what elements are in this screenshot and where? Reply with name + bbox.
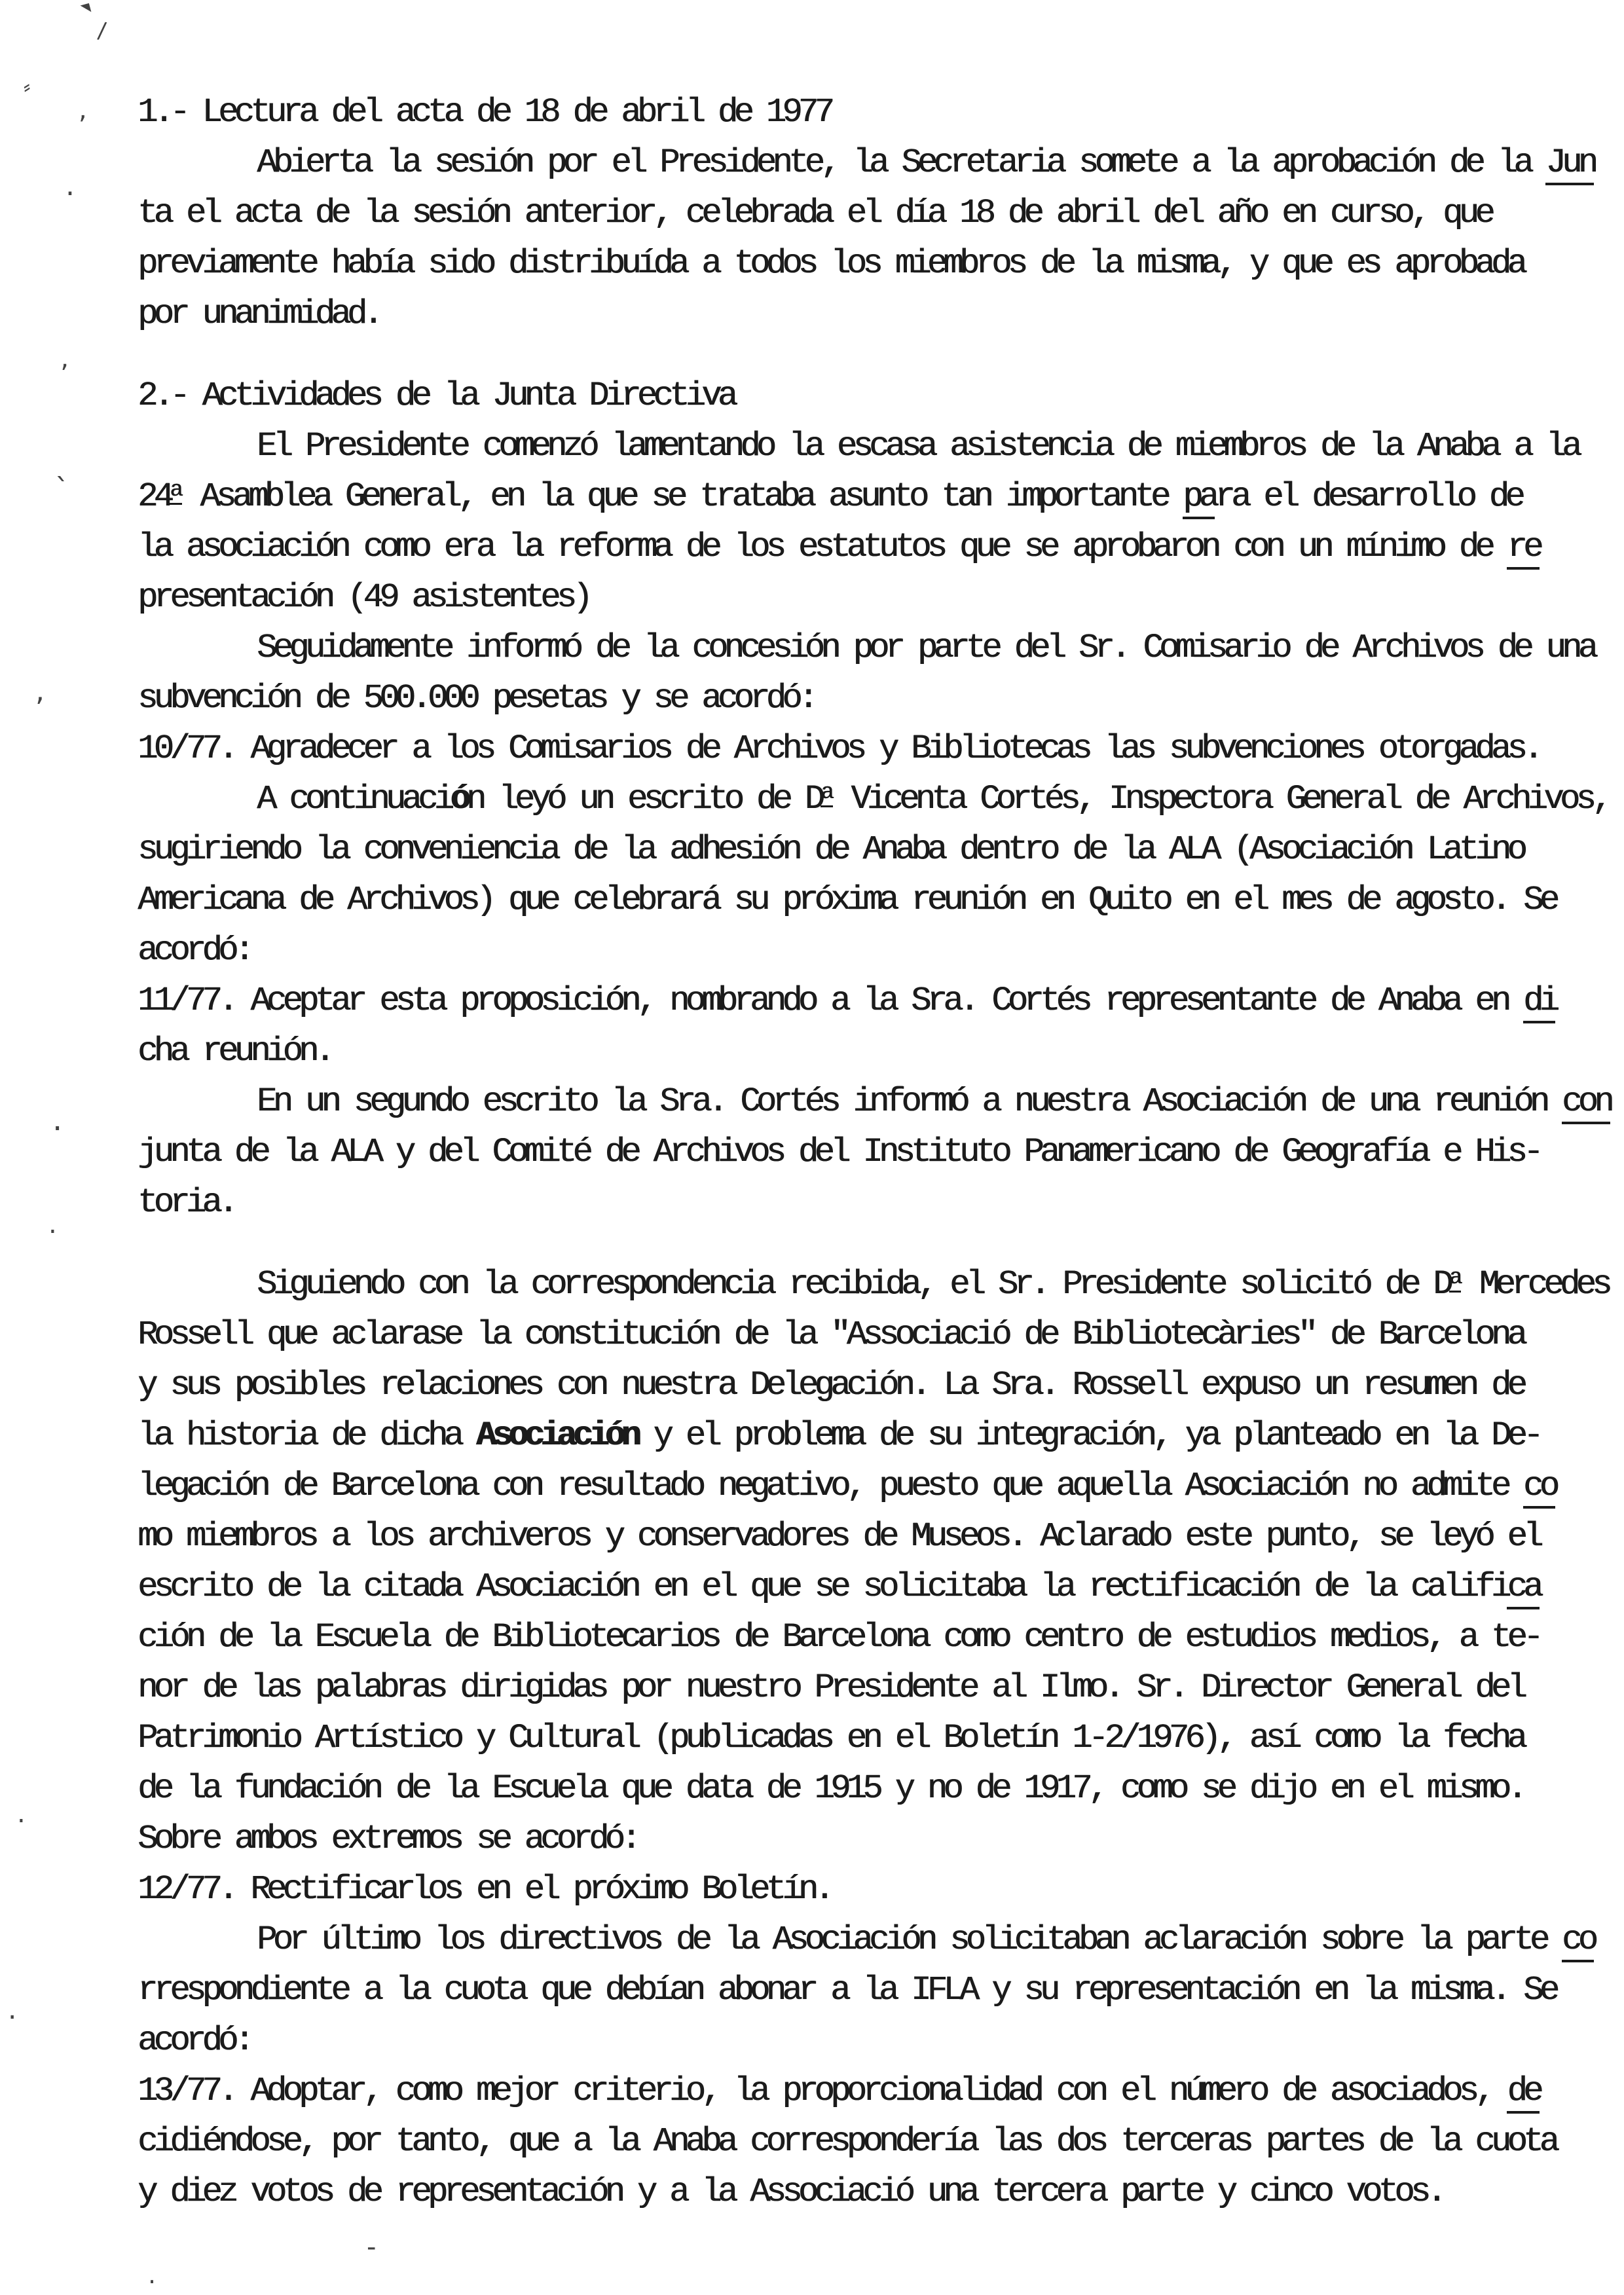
document-line: acordó: (138, 925, 1598, 976)
text-segment: ca (1507, 1568, 1539, 1609)
text-segment: Asociación (476, 1416, 637, 1455)
text-segment: re (1507, 528, 1539, 570)
text-segment: co (1523, 1467, 1555, 1509)
text-segment: la historia de dicha (138, 1416, 476, 1455)
document-line: subvención de 500.000 pesetas y se acord… (138, 673, 1598, 724)
document-line: legación de Barcelona con resultado nega… (138, 1461, 1598, 1511)
text-segment: A continuaci (257, 780, 450, 818)
document-line: y diez votos de representación y a la As… (138, 2167, 1598, 2217)
document-line: nor de las palabras dirigidas por nuestr… (138, 1662, 1598, 1713)
text-segment: Patrimonio Artístico y Cultural (publica… (138, 1719, 1523, 1757)
text-segment: de (1507, 2072, 1539, 2114)
document-line: de la fundación de la Escuela que data d… (138, 1763, 1598, 1814)
ink-mark: ∕ (97, 19, 107, 42)
document-line: previamente había sido distribuída a tod… (138, 238, 1598, 289)
text-segment: con (1562, 1082, 1610, 1124)
text-segment: legación de Barcelona con resultado nega… (138, 1467, 1523, 1505)
text-segment: Abierta la sesión por el Presidente, la … (257, 143, 1545, 182)
document-lines: 1.- Lectura del acta de 18 de abril de 1… (138, 87, 1598, 2217)
scanned-page: ◥∕⸗,.ʼˋ,·..·-. 1.- Lectura del acta de 1… (0, 0, 1624, 2295)
document-line: cha reunión. (138, 1026, 1598, 1076)
text-segment: toria. (138, 1183, 234, 1222)
document-line: junta de la ALA y del Comité de Archivos… (138, 1127, 1598, 1177)
document-line: Patrimonio Artístico y Cultural (publica… (138, 1713, 1598, 1763)
document-line: escrito de la citada Asociación en el qu… (138, 1562, 1598, 1612)
text-segment: Vicenta Cortés, Inspectora General de Ar… (835, 780, 1608, 818)
document-line: Siguiendo con la correspondencia recibid… (138, 1259, 1598, 1310)
document-line: 24a Asamblea General, en la que se trata… (138, 471, 1598, 522)
ink-mark: . (17, 1801, 26, 1827)
ink-mark: . (65, 172, 75, 200)
text-segment: Rossell que aclarase la constitución de … (138, 1315, 1523, 1354)
text-segment: mo miembros a los archiveros y conservad… (138, 1517, 1540, 1556)
document-line: El Presidente comenzó lamentando la esca… (138, 421, 1598, 471)
ink-mark: . (148, 2262, 156, 2287)
document-line: 12/77. Rectificarlos en el próximo Bolet… (138, 1864, 1598, 1915)
text-segment: Siguiendo con la correspondencia recibid… (257, 1265, 1449, 1304)
document-line: y sus posibles relaciones con nuestra De… (138, 1360, 1598, 1410)
text-segment: 10/77. Agradecer a los Comisarios de Arc… (138, 729, 1540, 768)
ink-mark: ⸗ (22, 77, 31, 97)
document-line: Por último los directivos de la Asociaci… (138, 1915, 1598, 1965)
ink-mark: ◥ (80, 2, 92, 16)
text-segment: Americana de Archivos) que celebrará su … (138, 881, 1555, 919)
text-segment: Por último los directivos de la Asociaci… (257, 1920, 1562, 1959)
text-segment: cidiéndose, por tanto, que a la Anaba co… (138, 2122, 1555, 2161)
text-segment: y diez votos de representación y a la As… (138, 2173, 1443, 2211)
document-line: 11/77. Aceptar esta proposición, nombran… (138, 976, 1598, 1026)
document-line: rrespondiente a la cuota que debían abon… (138, 1965, 1598, 2015)
ink-mark: · (52, 1113, 62, 1145)
text-segment: 13/77. Adoptar, como mejor criterio, la … (138, 2072, 1507, 2110)
text-segment: la asociación como era la reforma de los… (138, 528, 1507, 566)
ink-mark: · (8, 2004, 16, 2031)
text-segment: rrespondiente a la cuota que debían abon… (138, 1971, 1555, 2010)
document-line: Sobre ambos extremos se acordó: (138, 1814, 1598, 1864)
document-line: presentación (49 asistentes) (138, 572, 1598, 623)
document-line: sugiriendo la conveniencia de la adhesió… (138, 824, 1598, 875)
document-line: A continuación leyó un escrito de Da Vic… (138, 774, 1598, 824)
text-segment: Seguidamente informó de la concesión por… (257, 629, 1594, 667)
text-segment: Asamblea General, en la que se trataba a… (184, 477, 1183, 516)
text-segment: y el problema de su integración, ya plan… (637, 1416, 1540, 1455)
document-line: cidiéndose, por tanto, que a la Anaba co… (138, 2116, 1598, 2167)
text-segment: cha reunión. (138, 1032, 331, 1071)
text-segment: pa (1183, 477, 1215, 519)
ink-mark: , (79, 97, 87, 123)
text-segment: El Presidente comenzó lamentando la esca… (257, 427, 1578, 466)
document-line: Abierta la sesión por el Presidente, la … (138, 138, 1598, 188)
text-segment: a (170, 478, 181, 505)
text-segment: subvención de 500.000 pesetas y se acord… (138, 679, 814, 718)
document-line: la historia de dicha Asociación y el pro… (138, 1410, 1598, 1461)
document-line: 13/77. Adoptar, como mejor criterio, la … (138, 2066, 1598, 2116)
document-line: la asociación como era la reforma de los… (138, 522, 1598, 572)
text-segment: Sobre ambos extremos se acordó: (138, 1820, 637, 1858)
document-line: Americana de Archivos) que celebrará su … (138, 875, 1598, 925)
text-segment: ó (450, 780, 466, 818)
text-segment: presentación (49 asistentes) (138, 578, 589, 617)
document-line: En un segundo escrito la Sra. Cortés inf… (138, 1076, 1598, 1127)
text-segment: acordó: (138, 931, 250, 970)
text-segment: nor de las palabras dirigidas por nuestr… (138, 1668, 1523, 1707)
text-segment: ta el acta de la sesión anterior, celebr… (138, 194, 1491, 232)
text-segment: ra el desarrollo de (1215, 477, 1521, 516)
text-segment: previamente había sido distribuída a tod… (138, 244, 1523, 283)
document-line: Seguidamente informó de la concesión por… (138, 623, 1598, 673)
document-line: acordó: (138, 2015, 1598, 2066)
document-line: mo miembros a los archiveros y conservad… (138, 1511, 1598, 1562)
text-segment: a (1449, 1266, 1461, 1293)
text-segment: ción de la Escuela de Bibliotecarios de … (138, 1618, 1540, 1657)
document-line: Rossell que aclarase la constitución de … (138, 1310, 1598, 1360)
ink-mark: , (35, 677, 45, 706)
text-segment: 1.- Lectura del acta de 18 de abril de 1… (138, 93, 830, 132)
text-segment: escrito de la citada Asociación en el qu… (138, 1568, 1507, 1606)
text-segment: En un segundo escrito la Sra. Cortés inf… (257, 1082, 1562, 1121)
text-segment: 12/77. Rectificarlos en el próximo Bolet… (138, 1870, 830, 1909)
document-line: ta el acta de la sesión anterior, celebr… (138, 188, 1598, 238)
text-segment: co (1562, 1920, 1594, 1962)
text-segment: por unanimidad. (138, 295, 379, 333)
text-segment: sugiriendo la conveniencia de la adhesió… (138, 830, 1523, 869)
text-segment: de la fundación de la Escuela que data d… (138, 1769, 1523, 1808)
text-segment: di (1523, 982, 1555, 1023)
text-segment: y sus posibles relaciones con nuestra De… (138, 1366, 1523, 1405)
document-line: ción de la Escuela de Bibliotecarios de … (138, 1612, 1598, 1662)
document-line: 10/77. Agradecer a los Comisarios de Arc… (138, 724, 1598, 774)
ink-mark: . (48, 1211, 57, 1238)
text-segment: Mercedes (1463, 1265, 1608, 1304)
document-line: 2.- Actividades de la Junta Directiva (138, 371, 1598, 421)
text-segment: Jun (1545, 143, 1594, 185)
text-segment: junta de la ALA y del Comité de Archivos… (138, 1133, 1540, 1171)
ink-mark: ˋ (55, 475, 69, 504)
document-line: por unanimidad. (138, 289, 1598, 339)
ink-mark: - (367, 2234, 376, 2260)
ink-mark: ʼ (60, 361, 69, 388)
document-line: 1.- Lectura del acta de 18 de abril de 1… (138, 87, 1598, 138)
text-segment: a (821, 780, 832, 807)
text-segment: 24 (138, 477, 170, 516)
text-segment: n leyó un escrito de D (466, 780, 821, 818)
text-segment: 2.- Actividades de la Junta Directiva (138, 376, 733, 415)
text-segment: acordó: (138, 2021, 250, 2060)
text-segment: 11/77. Aceptar esta proposición, nombran… (138, 982, 1523, 1020)
document-line: toria. (138, 1177, 1598, 1228)
